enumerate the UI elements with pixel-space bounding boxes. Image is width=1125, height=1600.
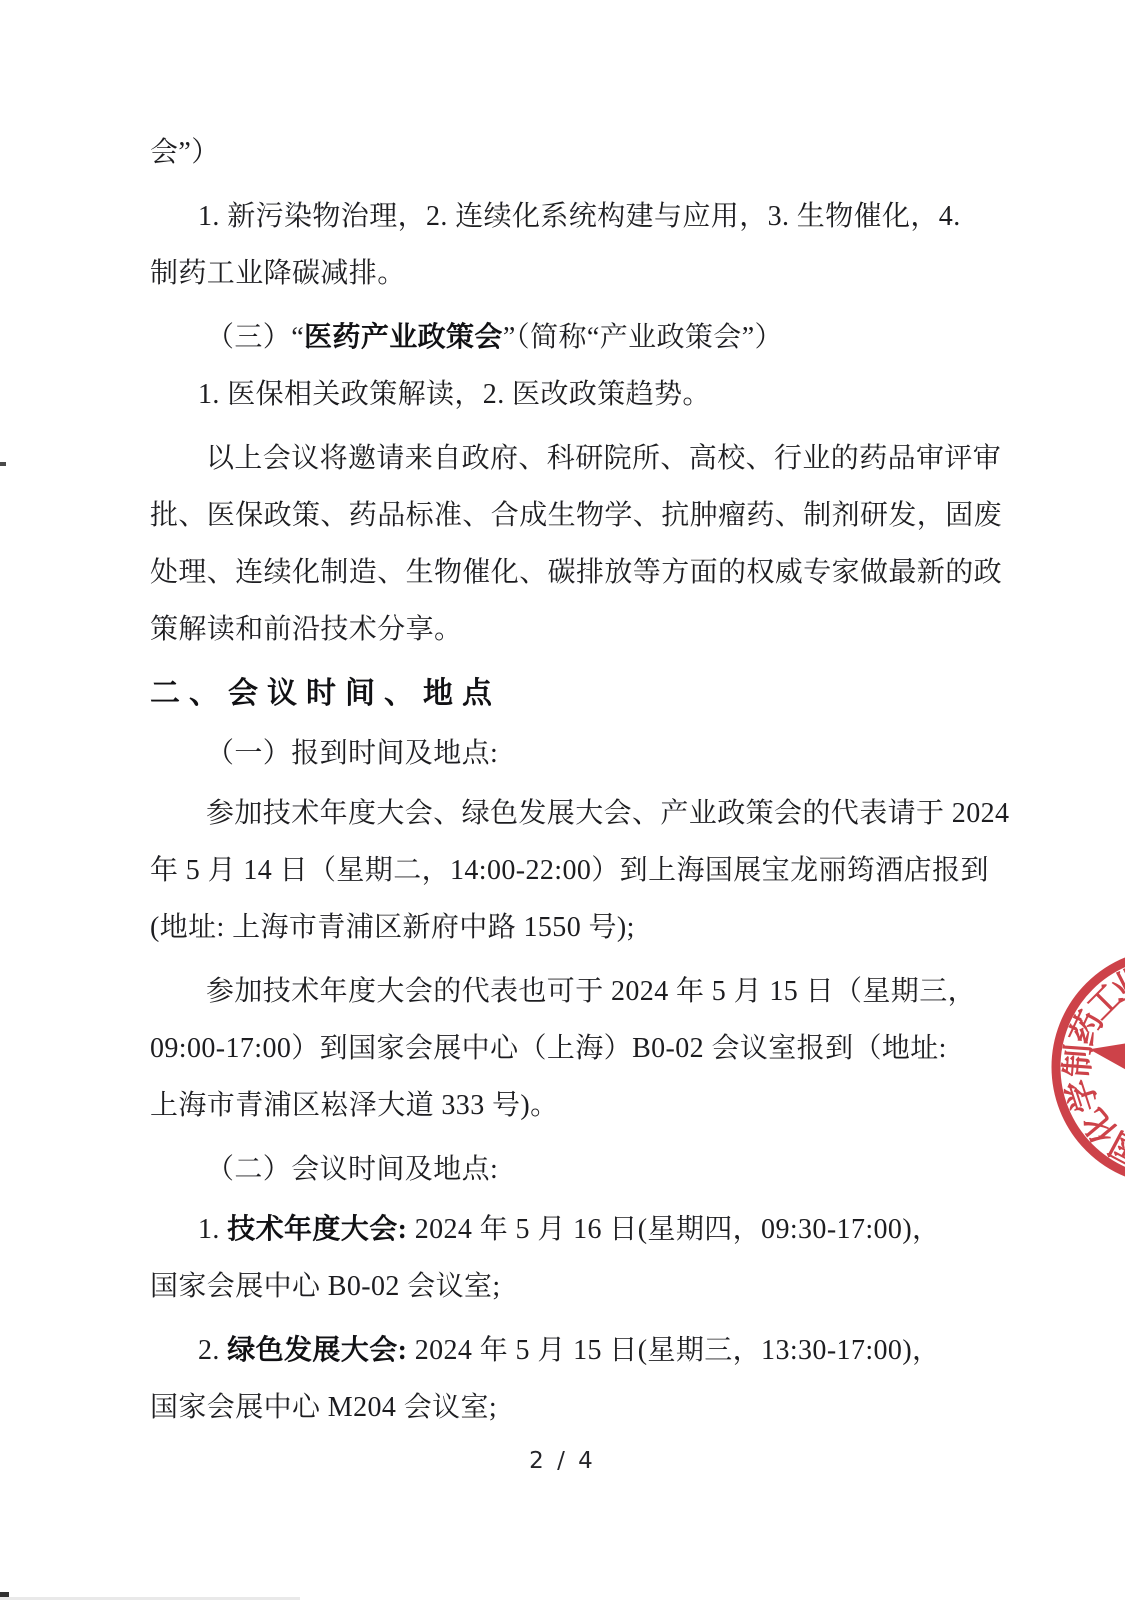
line-text: （一）报到时间及地点:: [206, 738, 498, 769]
subsection-heading: （三）“医药产业政策会”（简称“产业政策会”）: [150, 309, 950, 366]
line-text: 上海市青浦区崧泽大道 333 号)。: [150, 1090, 559, 1121]
line-text: 会”）: [150, 137, 220, 168]
line-text: 1. 医保相关政策解读，2. 医改政策趋势。: [198, 379, 711, 410]
line-text: 1. 新污染物治理，2. 连续化系统构建与应用，3. 生物催化，4.: [198, 201, 961, 232]
line-text: 2024 年 5 月 15 日(星期三，13:30-17:00)，: [407, 1335, 940, 1366]
line-text: 国家会展中心 M204 会议室;: [150, 1392, 497, 1423]
text-line: (地址: 上海市青浦区新府中路 1550 号);: [150, 899, 950, 956]
bold-term: 医药产业政策会: [304, 322, 503, 353]
red-seal-stamp: 中 国 化 学 制 药 工 业 协 会: [1040, 937, 1125, 1197]
text-line: 上海市青浦区崧泽大道 333 号)。: [150, 1077, 950, 1134]
text-line: 处理、连续化制造、生物催化、碳排放等方面的权威专家做最新的政: [150, 544, 950, 601]
text-line: 会”）: [150, 124, 950, 181]
text-line: 09:00-17:00）到国家会展中心（上海）B0-02 会议室报到（地址:: [150, 1020, 950, 1077]
text-line: 1. 技术年度大会: 2024 年 5 月 16 日(星期四，09:30-17:…: [150, 1201, 950, 1258]
document-body: 会”） 1. 新污染物治理，2. 连续化系统构建与应用，3. 生物催化，4. 制…: [150, 124, 950, 1436]
text-line: 1. 医保相关政策解读，2. 医改政策趋势。: [150, 366, 950, 423]
bold-term: 技术年度大会:: [227, 1214, 407, 1245]
line-text: 以上会议将邀请来自政府、科研院所、高校、行业的药品审评审: [206, 443, 1001, 474]
seal-text: 中 国 化 学 制 药 工 业 协 会: [1057, 954, 1125, 1180]
text-line: 批、医保政策、药品标准、合成生物学、抗肿瘤药、制剂研发，固废: [150, 487, 950, 544]
text-line: 制药工业降碳减排。: [150, 245, 950, 302]
line-text: （二）会议时间及地点:: [206, 1154, 498, 1185]
scan-artifact: [0, 462, 6, 466]
line-text: 参加技术年度大会、绿色发展大会、产业政策会的代表请于 2024: [206, 798, 1009, 829]
line-text: 2024 年 5 月 16 日(星期四，09:30-17:00)，: [407, 1214, 940, 1245]
text-line: 1. 新污染物治理，2. 连续化系统构建与应用，3. 生物催化，4.: [150, 188, 950, 245]
line-text: 国家会展中心 B0-02 会议室;: [150, 1271, 501, 1302]
line-text: 09:00-17:00）到国家会展中心（上海）B0-02 会议室报到（地址:: [150, 1033, 947, 1064]
page-number: 2 / 4: [0, 1448, 1125, 1474]
line-text: 参加技术年度大会的代表也可于 2024 年 5 月 15 日（星期三，: [206, 976, 976, 1007]
bold-term: 绿色发展大会:: [227, 1335, 407, 1366]
text-line: 2. 绿色发展大会: 2024 年 5 月 15 日(星期三，13:30-17:…: [150, 1322, 950, 1379]
heading-text: 二、会议时间、地点: [150, 677, 501, 710]
subsection-heading: （二）会议时间及地点:: [150, 1141, 950, 1198]
line-text: （三）“: [206, 322, 304, 353]
line-text: 处理、连续化制造、生物催化、碳排放等方面的权威专家做最新的政: [150, 557, 1002, 588]
text-line: 参加技术年度大会的代表也可于 2024 年 5 月 15 日（星期三，: [150, 963, 950, 1020]
text-line: 年 5 月 14 日（星期二，14:00-22:00）到上海国展宝龙丽筠酒店报到: [150, 842, 950, 899]
text-line: 国家会展中心 B0-02 会议室;: [150, 1258, 950, 1315]
line-text: (地址: 上海市青浦区新府中路 1550 号);: [150, 912, 635, 943]
document-page: 会”） 1. 新污染物治理，2. 连续化系统构建与应用，3. 生物催化，4. 制…: [0, 0, 1125, 1600]
text-line: 参加技术年度大会、绿色发展大会、产业政策会的代表请于 2024: [150, 785, 950, 842]
line-text: 年 5 月 14 日（星期二，14:00-22:00）到上海国展宝龙丽筠酒店报到: [150, 855, 989, 886]
text-line: 策解读和前沿技术分享。: [150, 601, 950, 658]
section-heading: 二、会议时间、地点: [150, 665, 950, 722]
subsection-heading: （一）报到时间及地点:: [150, 725, 950, 782]
line-text: 策解读和前沿技术分享。: [150, 614, 462, 645]
line-text: 制药工业降碳减排。: [150, 258, 406, 289]
line-text: 批、医保政策、药品标准、合成生物学、抗肿瘤药、制剂研发，固废: [150, 500, 1002, 531]
line-text: 2.: [198, 1335, 227, 1366]
line-text: 1.: [198, 1214, 227, 1245]
text-line: 以上会议将邀请来自政府、科研院所、高校、行业的药品审评审: [150, 430, 950, 487]
line-text: ”（简称“产业政策会”）: [503, 322, 783, 353]
text-line: 国家会展中心 M204 会议室;: [150, 1379, 950, 1436]
